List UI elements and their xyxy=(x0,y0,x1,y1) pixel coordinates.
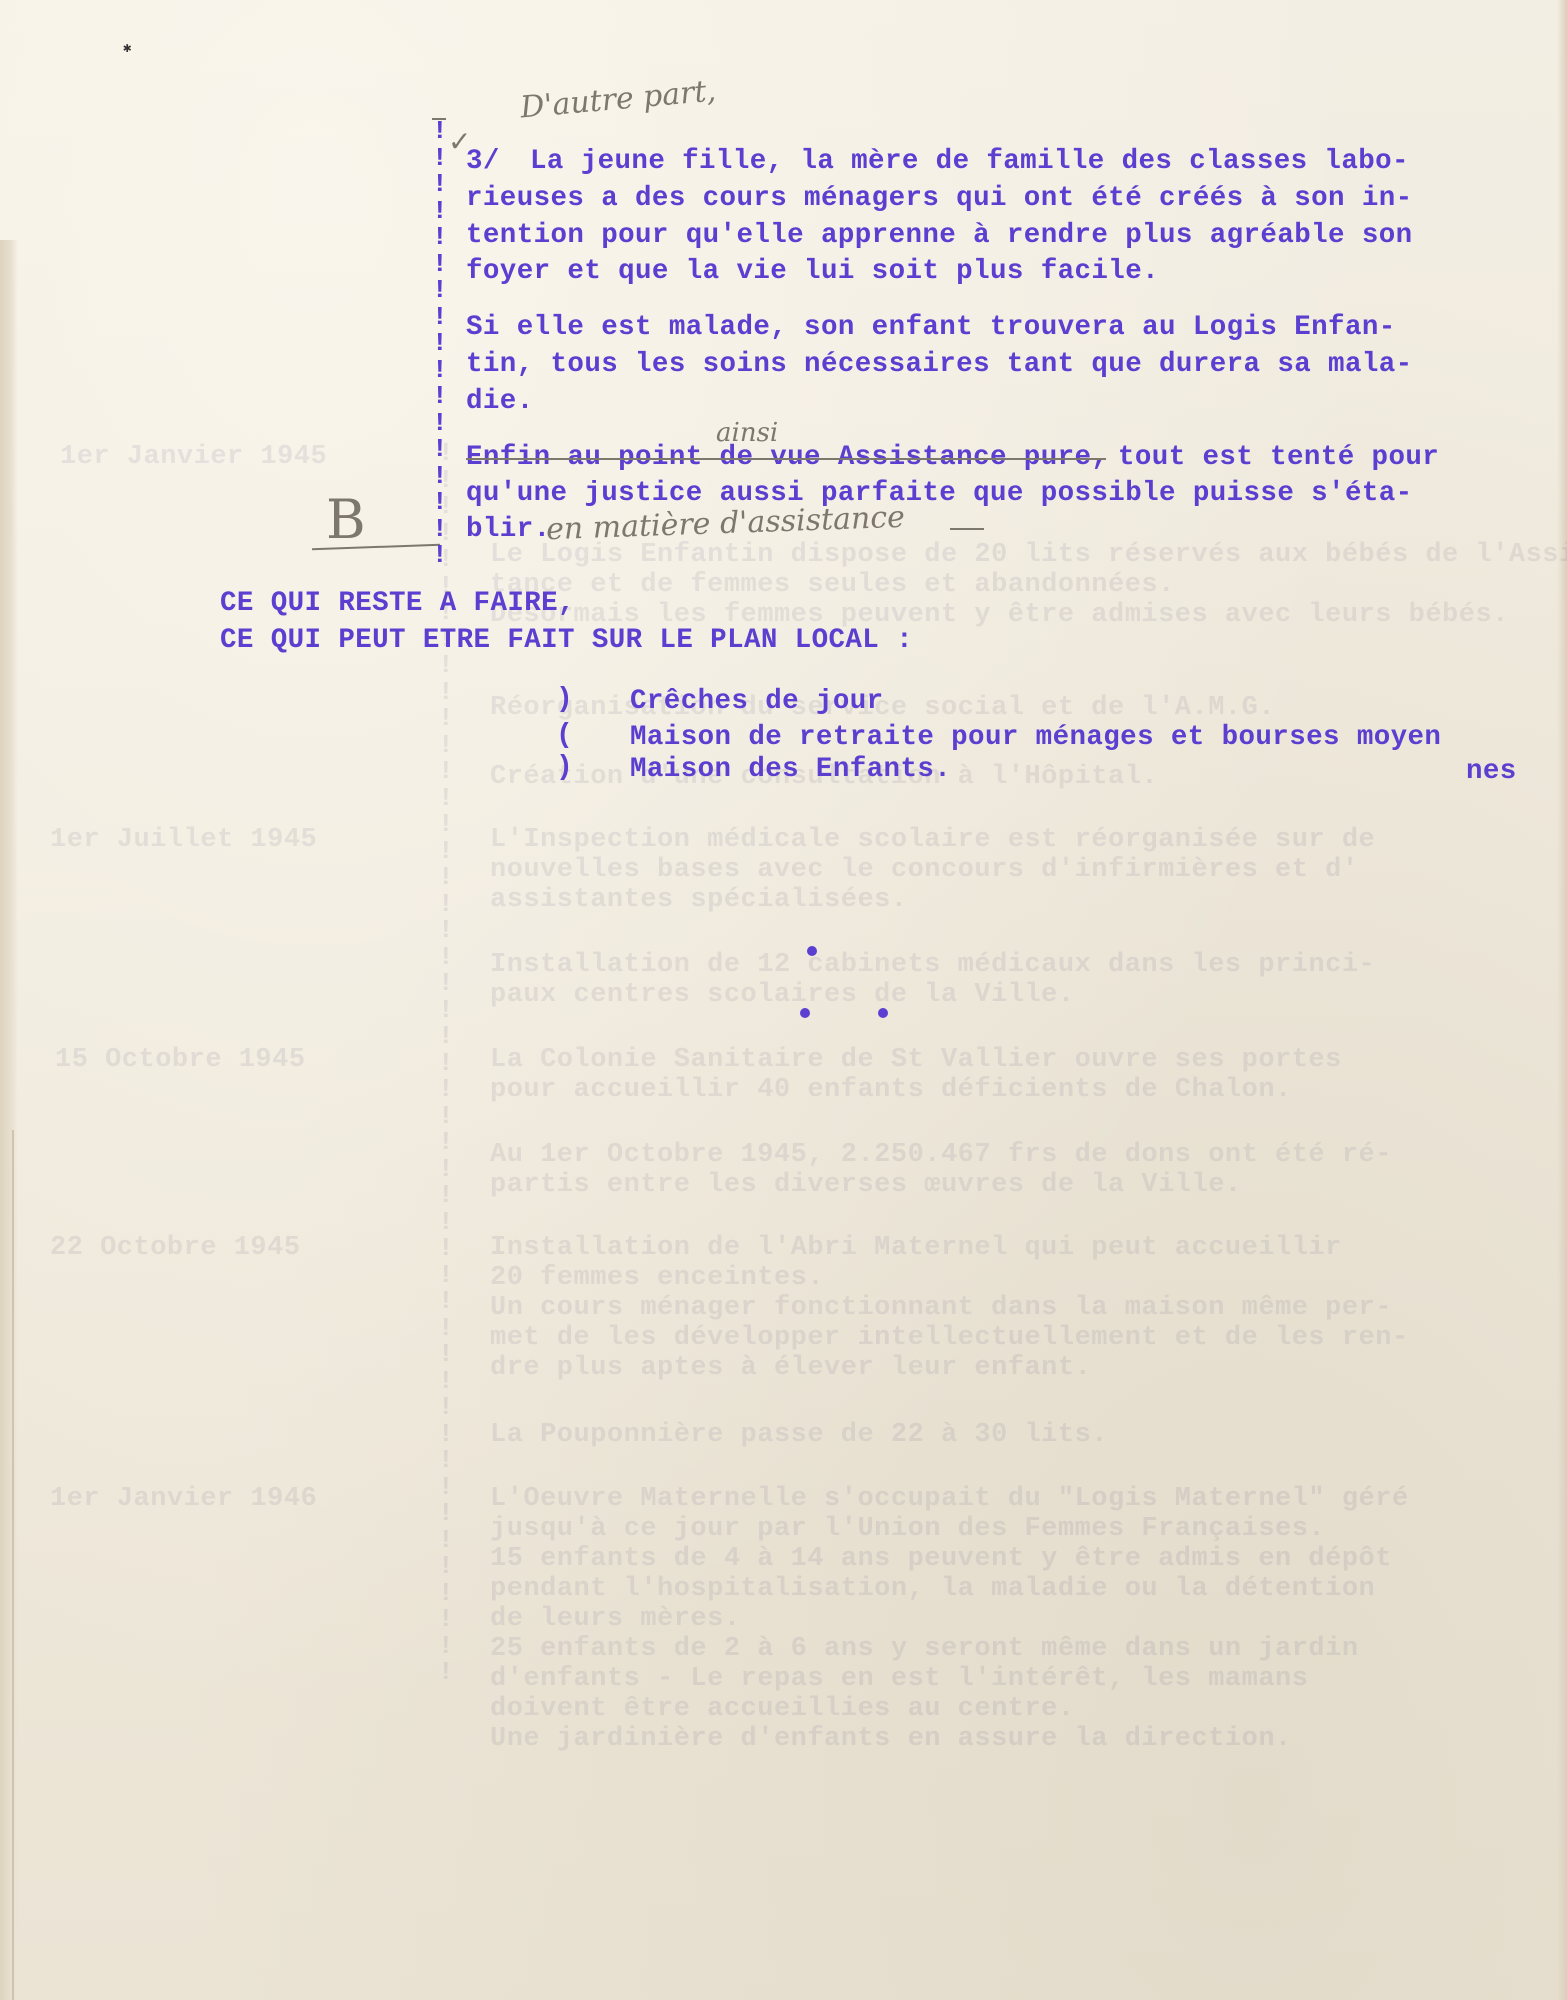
enfin-line: blir. xyxy=(466,514,551,546)
heading-line-1: CE QUI RESTE A FAIRE, xyxy=(220,588,575,620)
ghost-date: 1er Janvier 1945 xyxy=(60,442,327,472)
ghost-line: Installation de 12 cabinets médicaux dan… xyxy=(490,950,1375,980)
ghost-date: 15 Octobre 1945 xyxy=(55,1045,306,1075)
ghost-line: met de les développer intellectuellement… xyxy=(490,1323,1409,1353)
ghost-date: 1er Juillet 1945 xyxy=(50,825,317,855)
list-bracket: ) xyxy=(556,684,573,715)
ghost-line: assistantes spécialisées. xyxy=(490,885,908,915)
section-3-line: foyer et que la vie lui soit plus facile… xyxy=(466,256,1159,288)
list-item: Maison des Enfants. xyxy=(630,754,951,786)
ghost-line: Installation de l'Abri Maternel qui peut… xyxy=(490,1233,1342,1263)
ghost-line: 15 enfants de 4 à 14 ans peuvent y être … xyxy=(490,1544,1392,1574)
ghost-line: Le Logis Enfantin dispose de 20 lits rés… xyxy=(490,540,1567,570)
ghost-line: partis entre les diverses œuvres de la V… xyxy=(490,1170,1242,1200)
ghost-line: Un cours ménager fonctionnant dans la ma… xyxy=(490,1293,1392,1323)
ghost-line: jusqu'à ce jour par l'Union des Femmes F… xyxy=(490,1514,1325,1544)
document-page: 1er Janvier 1945 1er Juillet 1945 15 Oct… xyxy=(0,0,1567,2000)
ornament-dot xyxy=(878,1008,888,1018)
ghost-line: tance et de femmes seules et abandonnées… xyxy=(490,570,1175,600)
margin-bars: ! ! ! ! ! ! ! ! ! ! ! ! ! ! ! ! ! xyxy=(432,118,448,569)
section-3-line: La jeune fille, la mère de famille des c… xyxy=(530,146,1409,178)
list-item: Maison de retraite pour ménages et bours… xyxy=(630,722,1441,754)
section-3-line: tention pour qu'elle apprenne à rendre p… xyxy=(466,220,1413,252)
ghost-line: La Colonie Sanitaire de St Vallier ouvre… xyxy=(490,1045,1342,1075)
ghost-line: 25 enfants de 2 à 6 ans y seront même da… xyxy=(490,1634,1359,1664)
ghost-line: L'Inspection médicale scolaire est réorg… xyxy=(490,825,1375,855)
pencil-annotation-top: D'autre part, xyxy=(519,74,718,126)
pencil-letter-b: B xyxy=(326,488,366,551)
ornament-dot xyxy=(800,1008,810,1018)
list-bracket: ( xyxy=(556,720,573,751)
ghost-line: paux centres scolaires de la Ville. xyxy=(490,980,1075,1010)
pencil-strikethrough xyxy=(466,458,1106,460)
ghost-line: 20 femmes enceintes. xyxy=(490,1263,824,1293)
ghost-line: nouvelles bases avec le concours d'infir… xyxy=(490,855,1359,885)
pencil-dash xyxy=(950,528,984,530)
ghost-line: d'enfants - Le repas en est l'intérêt, l… xyxy=(490,1664,1308,1694)
malade-line: tin, tous les soins nécessaires tant que… xyxy=(466,349,1413,381)
ghost-line: pendant l'hospitalisation, la maladie ou… xyxy=(490,1574,1375,1604)
malade-line: Si elle est malade, son enfant trouvera … xyxy=(466,312,1396,344)
paper-right-edge xyxy=(1557,0,1567,2000)
paper-edge-shadow xyxy=(0,240,18,2000)
ghost-line: La Pouponnière passe de 22 à 30 lits. xyxy=(490,1420,1108,1450)
enfin-line: qu'une justice aussi parfaite que possib… xyxy=(466,478,1413,510)
ghost-line: Au 1er Octobre 1945, 2.250.467 frs de do… xyxy=(490,1140,1392,1170)
wrap-tail: nes xyxy=(1466,756,1517,788)
enfin-line-rest: tout est tenté pour xyxy=(1118,442,1439,474)
section-3-line: rieuses a des cours ménagers qui ont été… xyxy=(466,183,1413,215)
ghost-line: dre plus aptes à élever leur enfant. xyxy=(490,1353,1091,1383)
ghost-line: L'Oeuvre Maternelle s'occupait du "Logis… xyxy=(490,1484,1409,1514)
ghost-date: 1er Janvier 1946 xyxy=(50,1484,317,1514)
paper-fold xyxy=(12,1130,14,2000)
heading-line-2: CE QUI PEUT ETRE FAIT SUR LE PLAN LOCAL … xyxy=(220,625,913,657)
malade-line: die. xyxy=(466,386,534,418)
ink-speck: ✱ xyxy=(123,40,131,57)
list-item: Crêches de jour xyxy=(630,686,884,718)
ghost-date: 22 Octobre 1945 xyxy=(50,1233,301,1263)
ghost-line: de leurs mères. xyxy=(490,1604,741,1634)
ghost-line: Une jardinière d'enfants en assure la di… xyxy=(490,1724,1292,1754)
ghost-line: pour accueillir 40 enfants déficients de… xyxy=(490,1075,1292,1105)
ornament-dot xyxy=(807,946,817,956)
ghost-line: doivent être accueillies au centre. xyxy=(490,1694,1075,1724)
list-bracket: ) xyxy=(556,752,573,783)
section-number: 3/ xyxy=(466,146,500,178)
